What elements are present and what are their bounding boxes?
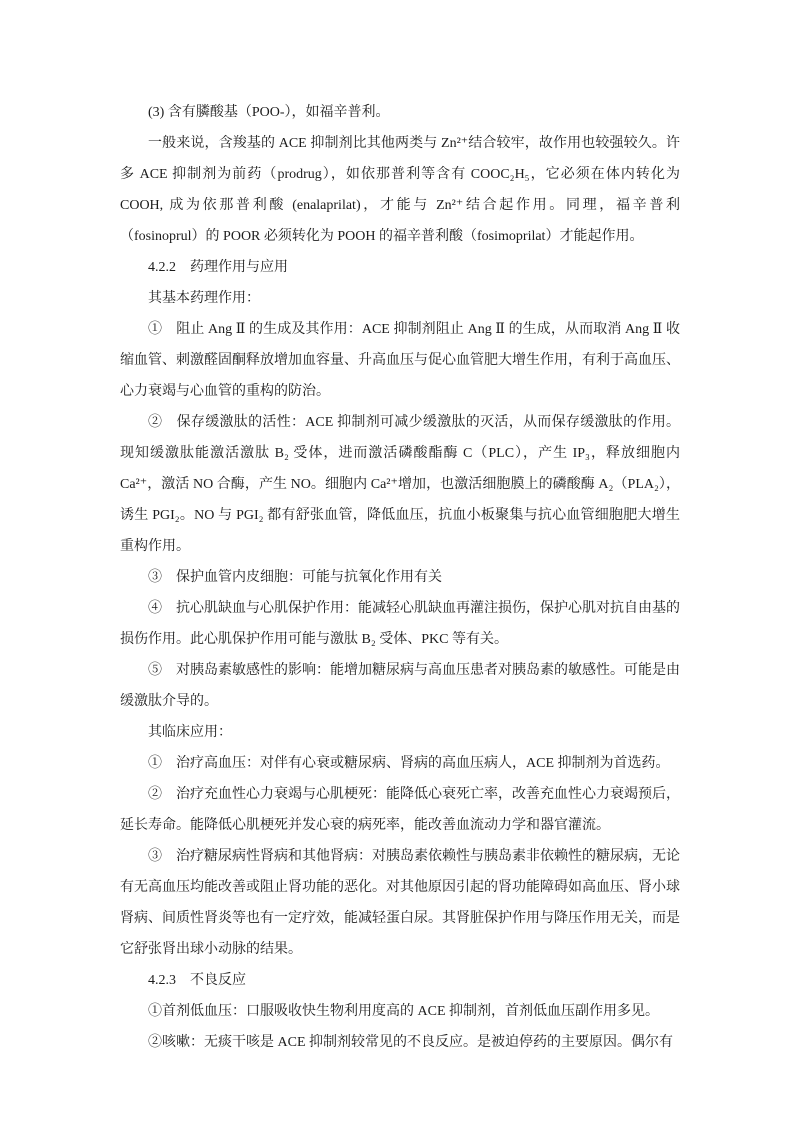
paragraph: 其基本药理作用： — [120, 283, 680, 314]
document-page: (3) 含有膦酸基（POO-），如福辛普利。 一般来说，含羧基的 ACE 抑制剂… — [0, 0, 793, 1122]
list-item: ④ 抗心肌缺血与心肌保护作用：能减轻心肌缺血再灌注损伤，保护心肌对抗自由基的损伤… — [120, 593, 680, 655]
list-item: ③ 治疗糖尿病性肾病和其他肾病：对胰岛素依赖性与胰岛素非依赖性的糖尿病，无论有无… — [120, 841, 680, 965]
list-item: ③ 保护血管内皮细胞：可能与抗氧化作用有关 — [120, 562, 680, 593]
list-item: ②咳嗽：无痰干咳是 ACE 抑制剂较常见的不良反应。是被迫停药的主要原因。偶尔有 — [120, 1027, 680, 1058]
list-item: ① 治疗高血压：对伴有心衰或糖尿病、肾病的高血压病人，ACE 抑制剂为首选药。 — [120, 748, 680, 779]
section-heading: 4.2.3 不良反应 — [120, 965, 680, 996]
paragraph: 其临床应用： — [120, 717, 680, 748]
document-body: (3) 含有膦酸基（POO-），如福辛普利。 一般来说，含羧基的 ACE 抑制剂… — [120, 97, 680, 1058]
list-item: ⑤ 对胰岛素敏感性的影响：能增加糖尿病与高血压患者对胰岛素的敏感性。可能是由缓激… — [120, 655, 680, 717]
list-item: ① 阻止 Ang Ⅱ 的生成及其作用：ACE 抑制剂阻止 Ang Ⅱ 的生成，从… — [120, 314, 680, 407]
section-heading: 4.2.2 药理作用与应用 — [120, 252, 680, 283]
paragraph: 一般来说，含羧基的 ACE 抑制剂比其他两类与 Zn²⁺结合较牢，故作用也较强较… — [120, 128, 680, 252]
list-item: ①首剂低血压：口服吸收快生物利用度高的 ACE 抑制剂，首剂低血压副作用多见。 — [120, 996, 680, 1027]
paragraph: (3) 含有膦酸基（POO-），如福辛普利。 — [120, 97, 680, 128]
list-item: ② 保存缓激肽的活性：ACE 抑制剂可减少缓激肽的灭活，从而保存缓激肽的作用。现… — [120, 407, 680, 562]
list-item: ② 治疗充血性心力衰竭与心肌梗死：能降低心衰死亡率，改善充血性心力衰竭预后，延长… — [120, 779, 680, 841]
